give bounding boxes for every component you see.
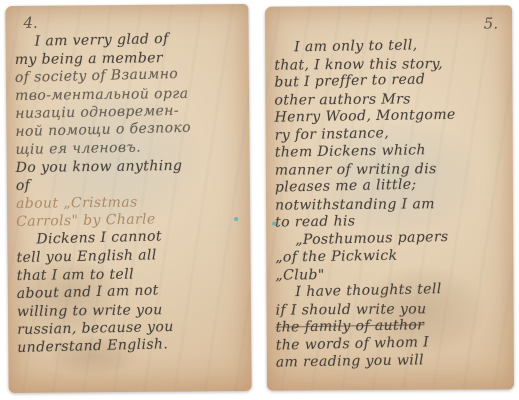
handwritten-line: I am only to tell, (274, 36, 510, 57)
handwritten-line: but I preffer to read (274, 70, 510, 92)
letter-page-4: 4. I am verry glad ofmy being a memberof… (5, 4, 251, 393)
letter-page-5: 5. I am only to tell,that, I know this s… (265, 5, 514, 390)
handwritten-line: „of the Pickwick (275, 246, 511, 267)
handwritten-line: pleases me a little; (275, 175, 511, 197)
handwritten-line: am reading you will (276, 351, 512, 372)
handwritten-line: them Dickens which (275, 141, 511, 162)
handwritten-line: I have thoughts tell (275, 280, 511, 302)
handwriting-block: I am verry glad ofmy being a memberof so… (15, 31, 248, 357)
page-number: 4. (23, 14, 37, 32)
page-number: 5. (484, 14, 498, 32)
handwriting-block: I am only to tell,that, I know this stor… (274, 38, 512, 372)
photo-background: 4. I am verry glad ofmy being a memberof… (0, 0, 519, 400)
